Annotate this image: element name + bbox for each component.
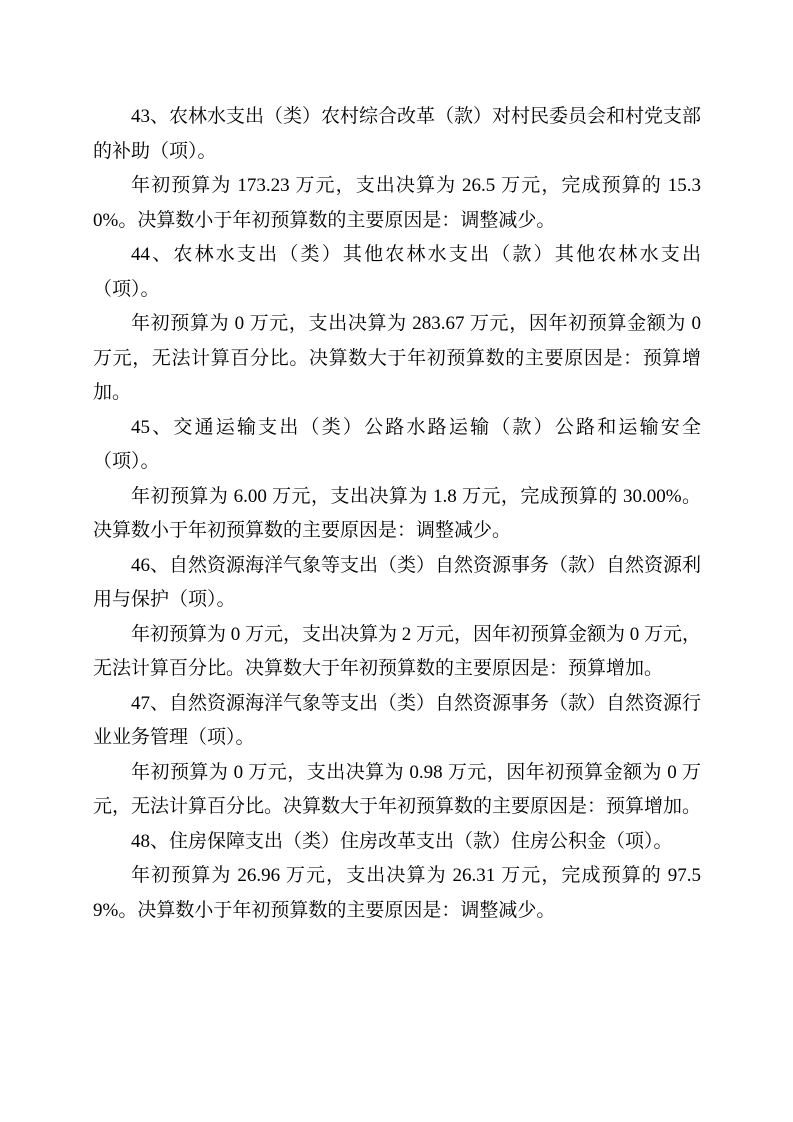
budget-item-title: 43、农林水支出（类）农村综合改革（款）对村民委员会和村党支部的补助（项）。 <box>93 100 701 169</box>
budget-item-title: 48、住房保障支出（类）住房改革支出（款）住房公积金（项）。 <box>93 825 701 860</box>
budget-item-explanation: 年初预算为 26.96 万元，支出决算为 26.31 万元，完成预算的 97.5… <box>93 859 701 928</box>
budget-item-title: 46、自然资源海洋气象等支出（类）自然资源事务（款）自然资源利用与保护（项）。 <box>93 549 701 618</box>
budget-item-47: 47、自然资源海洋气象等支出（类）自然资源事务（款）自然资源行业业务管理（项）。… <box>93 687 701 825</box>
budget-item-explanation: 年初预算为 0 万元，支出决算为 0.98 万元，因年初预算金额为 0 万元，无… <box>93 756 701 825</box>
budget-item-title: 44、农林水支出（类）其他农林水支出（款）其他农林水支出（项）。 <box>93 238 701 307</box>
budget-item-title: 47、自然资源海洋气象等支出（类）自然资源事务（款）自然资源行业业务管理（项）。 <box>93 687 701 756</box>
budget-item-title: 45、交通运输支出（类）公路水路运输（款）公路和运输安全（项）。 <box>93 411 701 480</box>
budget-item-46: 46、自然资源海洋气象等支出（类）自然资源事务（款）自然资源利用与保护（项）。 … <box>93 549 701 687</box>
document-page: 43、农林水支出（类）农村综合改革（款）对村民委员会和村党支部的补助（项）。 年… <box>0 0 793 1122</box>
budget-item-explanation: 年初预算为 0 万元，支出决算为 2 万元，因年初预算金额为 0 万元，无法计算… <box>93 618 701 687</box>
budget-item-explanation: 年初预算为 6.00 万元，支出决算为 1.8 万元，完成预算的 30.00%。… <box>93 480 701 549</box>
budget-item-43: 43、农林水支出（类）农村综合改革（款）对村民委员会和村党支部的补助（项）。 年… <box>93 100 701 238</box>
budget-item-explanation: 年初预算为 173.23 万元，支出决算为 26.5 万元，完成预算的 15.3… <box>93 169 701 238</box>
document-body: 43、农林水支出（类）农村综合改革（款）对村民委员会和村党支部的补助（项）。 年… <box>93 100 701 928</box>
budget-item-44: 44、农林水支出（类）其他农林水支出（款）其他农林水支出（项）。 年初预算为 0… <box>93 238 701 411</box>
budget-item-explanation: 年初预算为 0 万元，支出决算为 283.67 万元，因年初预算金额为 0 万元… <box>93 307 701 411</box>
budget-item-45: 45、交通运输支出（类）公路水路运输（款）公路和运输安全（项）。 年初预算为 6… <box>93 411 701 549</box>
budget-item-48: 48、住房保障支出（类）住房改革支出（款）住房公积金（项）。 年初预算为 26.… <box>93 825 701 929</box>
